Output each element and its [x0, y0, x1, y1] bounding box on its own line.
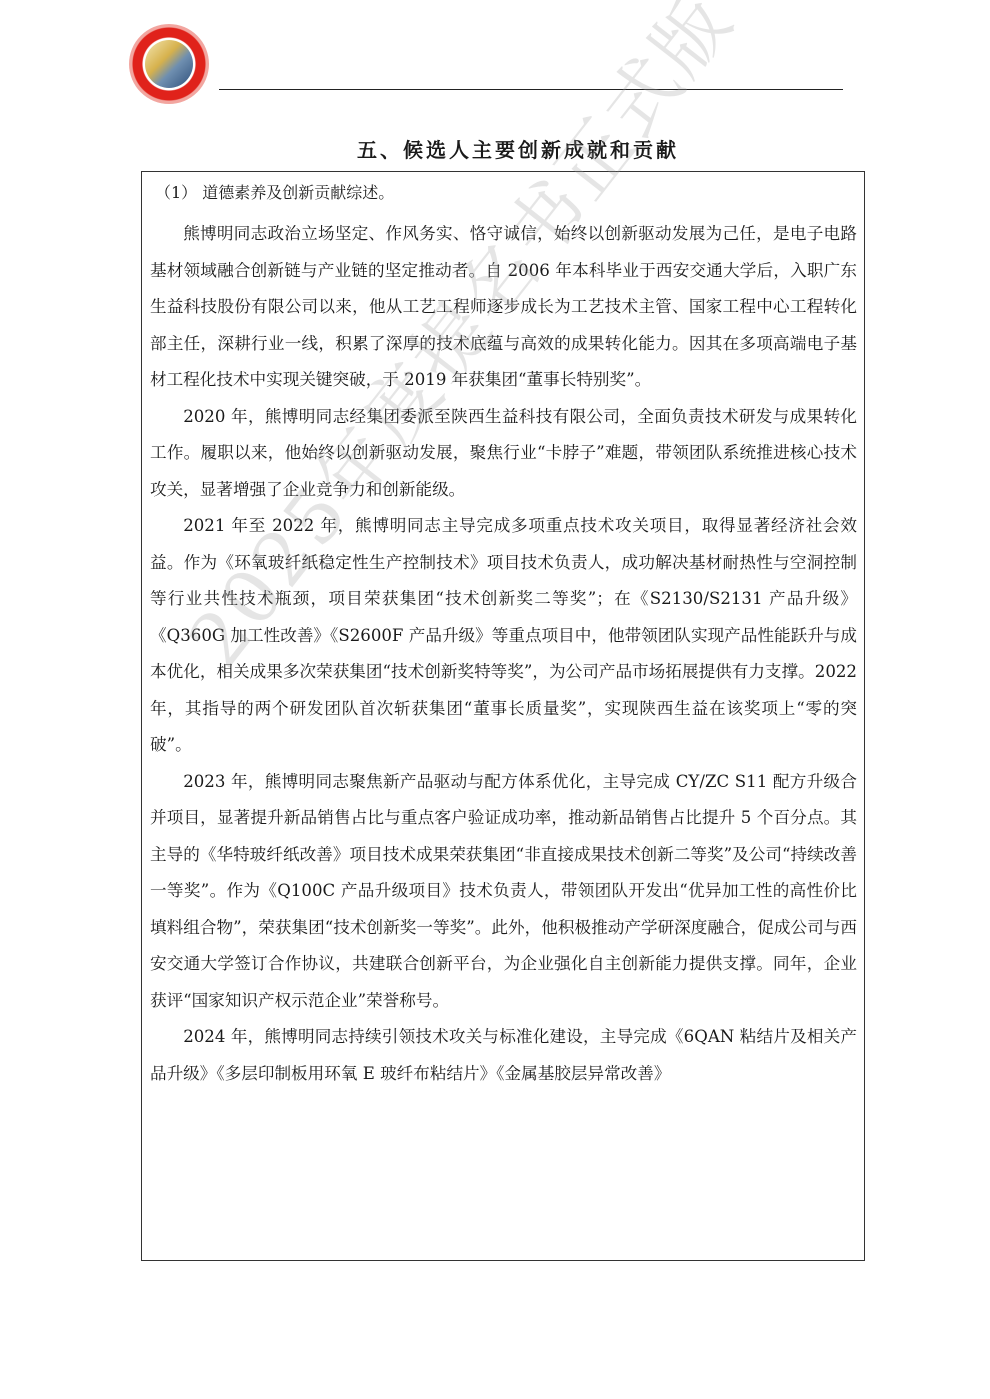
logo-emblem — [145, 40, 193, 88]
paragraph: 熊博明同志政治立场坚定、作风务实、恪守诚信，始终以创新驱动发展为己任，是电子电路… — [150, 216, 857, 399]
paragraph: 2020 年，熊博明同志经集团委派至陕西生益科技有限公司，全面负责技术研发与成果… — [150, 399, 857, 509]
paragraph-list: 熊博明同志政治立场坚定、作风务实、恪守诚信，始终以创新驱动发展为己任，是电子电路… — [150, 216, 857, 1092]
content-box: （1） 道德素养及创新贡献综述。 熊博明同志政治立场坚定、作风务实、恪守诚信，始… — [141, 171, 865, 1261]
paragraph: 2021 年至 2022 年，熊博明同志主导完成多项重点技术攻关项目，取得显著经… — [150, 508, 857, 764]
paragraph: 2024 年，熊博明同志持续引领技术攻关与标准化建设，主导完成《6QAN 粘结片… — [150, 1019, 857, 1092]
page-title: 五、候选人主要创新成就和贡献 — [0, 134, 990, 163]
section-heading: （1） 道德素养及创新贡献综述。 — [155, 180, 394, 203]
paragraph: 2023 年，熊博明同志聚焦新产品驱动与配方体系优化，主导完成 CY/ZC S1… — [150, 764, 857, 1020]
header-divider — [219, 89, 843, 90]
seal-logo-icon — [129, 24, 209, 104]
